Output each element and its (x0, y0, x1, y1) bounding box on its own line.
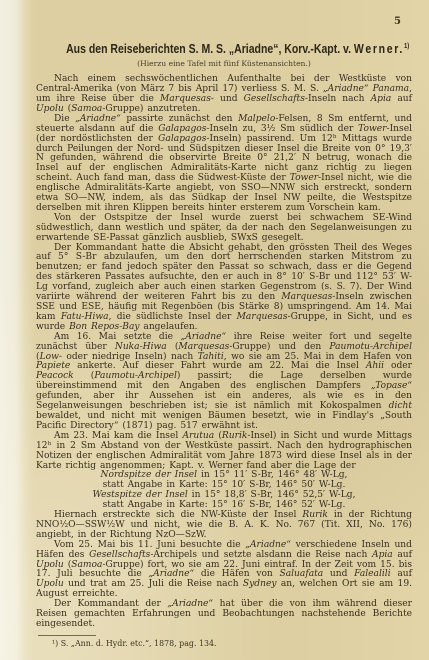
paragraph: Der Kommandant hatte die Absicht gehabt,… (36, 244, 412, 333)
article-title-text: Aus den Reiseberichten S. M. S. „Ariadne… (66, 42, 354, 56)
paragraph: Am 16. Mai setzte die „Ariadne“ ihre Rei… (36, 333, 412, 432)
scanned-book-page: 5 Aus den Reiseberichten S. M. S. „Ariad… (0, 0, 429, 660)
paragraph: Hiernach erstreckte sich die NW-Küste de… (36, 511, 412, 541)
article-body: Nach einem sechswöchentlichen Aufenthalt… (36, 75, 412, 630)
page-number: 5 (394, 16, 401, 27)
title-footnote-marker: 1) (404, 43, 409, 50)
footnote-divider (38, 635, 96, 636)
article-title-author: Werner. (354, 42, 404, 56)
article-subtitle: (Hierzu eine Tafel mit fünf Küstenansich… (36, 59, 412, 68)
page-content: Aus den Reiseberichten S. M. S. „Ariadne… (36, 40, 412, 648)
article-title: Aus den Reiseberichten S. M. S. „Ariadne… (66, 40, 382, 56)
paragraph: Nach einem sechswöchentlichen Aufenthalt… (36, 75, 412, 115)
paragraph: Von der Ostspitze der Insel wurde zuerst… (36, 214, 412, 244)
position-table: Nordspitze der Insel in 15° 11′ S-Br, 14… (36, 471, 412, 511)
footnote-block: ¹) S. „Ann. d. Hydr. etc.“, 1878, pag. 1… (36, 635, 412, 648)
paragraph: Vom 25. Mai bis 11. Juni besuchte die „A… (36, 541, 412, 600)
paragraph: Der Kommandant der „Ariadne“ hat über di… (36, 600, 412, 630)
paragraph: Am 23. Mai kam die Insel Arutua (Rurik-I… (36, 432, 412, 472)
footnote-text: ¹) S. „Ann. d. Hydr. etc.“, 1878, pag. 1… (36, 639, 412, 648)
paragraph: Die „Ariadne“ passirte zunächst den Malp… (36, 115, 412, 214)
